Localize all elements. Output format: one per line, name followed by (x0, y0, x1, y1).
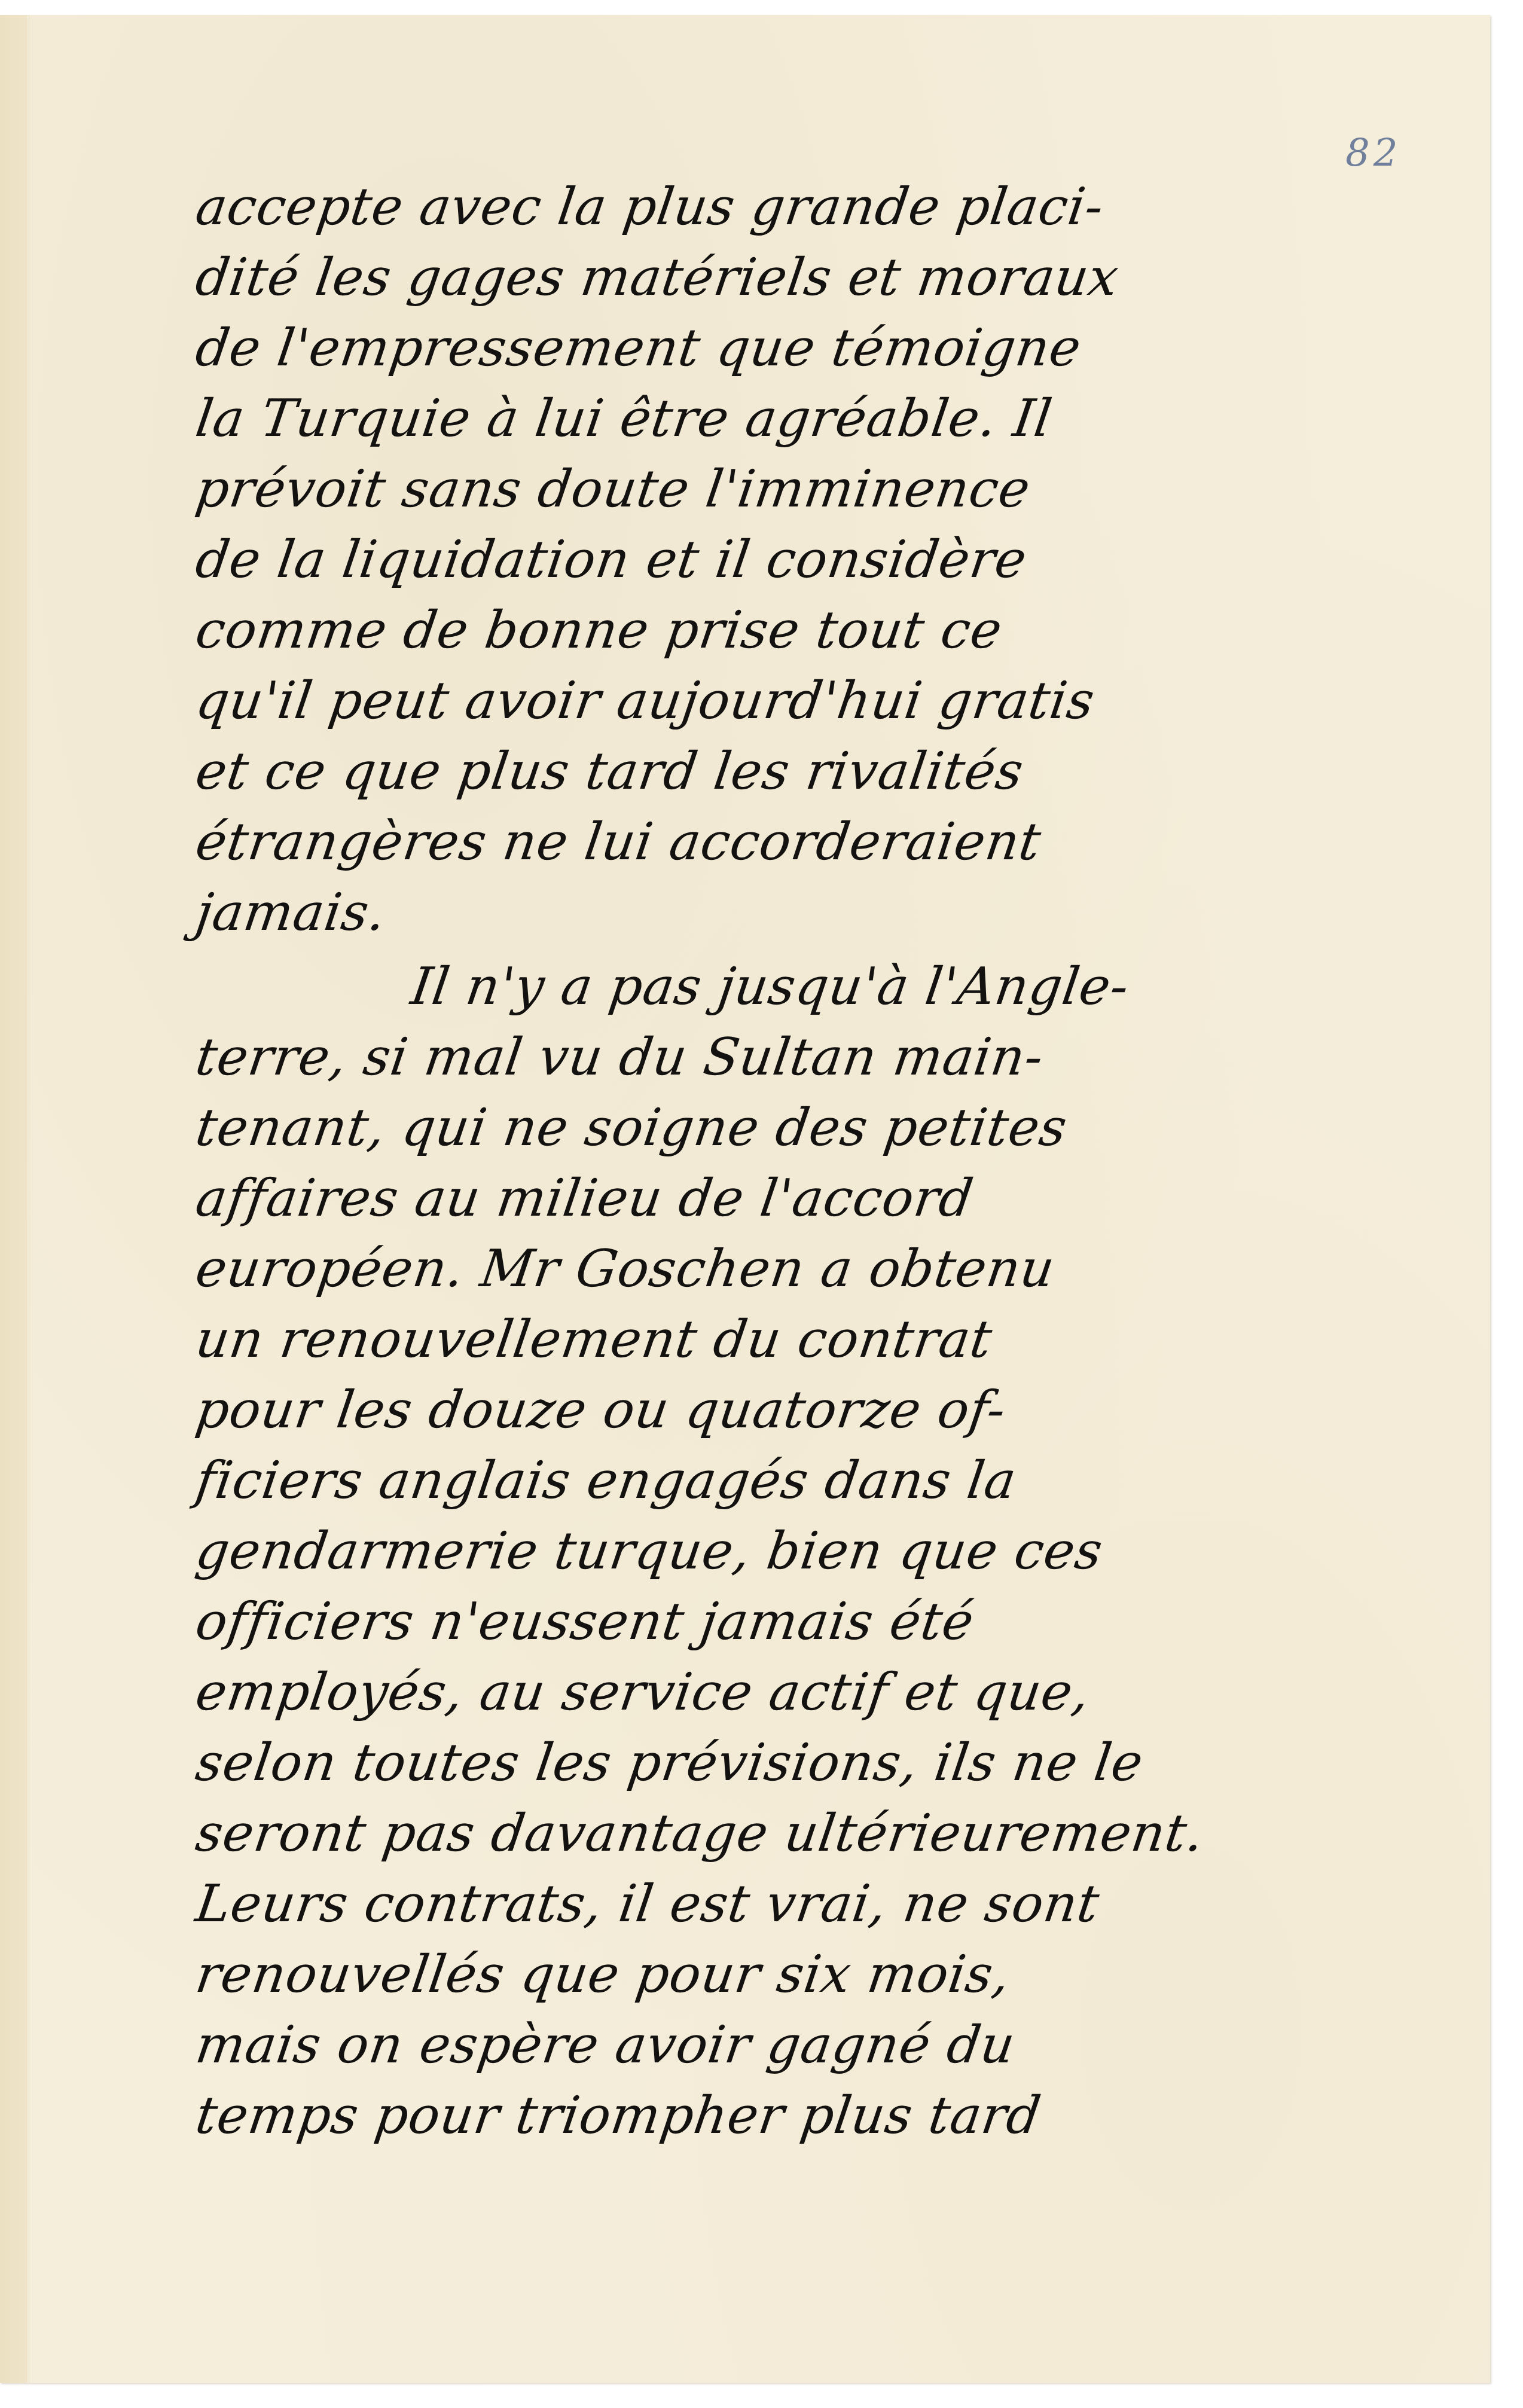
text-line: mais on espère avoir gagné du (191, 2010, 1481, 2080)
text-line: selon toutes les prévisions, ils ne le (191, 1728, 1481, 1798)
text-line: et ce que plus tard les rivalités (191, 736, 1481, 807)
text-line: de l'empressement que témoigne (191, 313, 1481, 383)
text-line: seront pas davantage ultérieurement. (191, 1798, 1481, 1869)
text-line: dité les gages matériels et moraux (191, 242, 1481, 313)
fold-crease (28, 15, 29, 2383)
text-line: tenant, qui ne soigne des petites (191, 1092, 1481, 1163)
text-line: jamais. (191, 877, 1481, 948)
text-line: affaires au milieu de l'accord (191, 1163, 1481, 1234)
text-line: étrangères ne lui accorderaient (191, 807, 1481, 877)
paragraph-start-line: Il n'y a pas jusqu'à l'Angle- (191, 951, 1481, 1022)
text-line: européen. Mr Goschen a obtenu (191, 1234, 1481, 1304)
text-line: prévoit sans doute l'imminence (191, 454, 1481, 524)
text-line: un renouvellement du contrat (191, 1304, 1481, 1375)
text-line: ficiers anglais engagés dans la (191, 1445, 1481, 1516)
left-margin-strip (0, 15, 28, 2383)
text-line: terre, si mal vu du Sultan main- (191, 1022, 1481, 1092)
manuscript-page: 82 accepte avec la plus grande placi- di… (0, 15, 1490, 2383)
text-line: gendarmerie turque, bien que ces (191, 1516, 1481, 1586)
text-line: qu'il peut avoir aujourd'hui gratis (191, 666, 1481, 736)
text-line: accepte avec la plus grande placi- (191, 172, 1481, 242)
page-number: 82 (1345, 132, 1401, 176)
text-line: pour les douze ou quatorze of- (191, 1375, 1481, 1445)
manuscript-scan: 82 accepte avec la plus grande placi- di… (0, 0, 1523, 2408)
text-line: Leurs contrats, il est vrai, ne sont (191, 1869, 1481, 1939)
text-line: employés, au service actif et que, (191, 1657, 1481, 1728)
text-line: de la liquidation et il considère (191, 524, 1481, 595)
text-line: temps pour triompher plus tard (191, 2080, 1481, 2151)
text-line: renouvellés que pour six mois, (191, 1939, 1481, 2010)
text-line: comme de bonne prise tout ce (191, 595, 1481, 666)
handwritten-text: accepte avec la plus grande placi- dité … (191, 172, 1471, 2151)
text-line: la Turquie à lui être agréable. Il (191, 383, 1481, 454)
text-line: officiers n'eussent jamais été (191, 1586, 1481, 1657)
